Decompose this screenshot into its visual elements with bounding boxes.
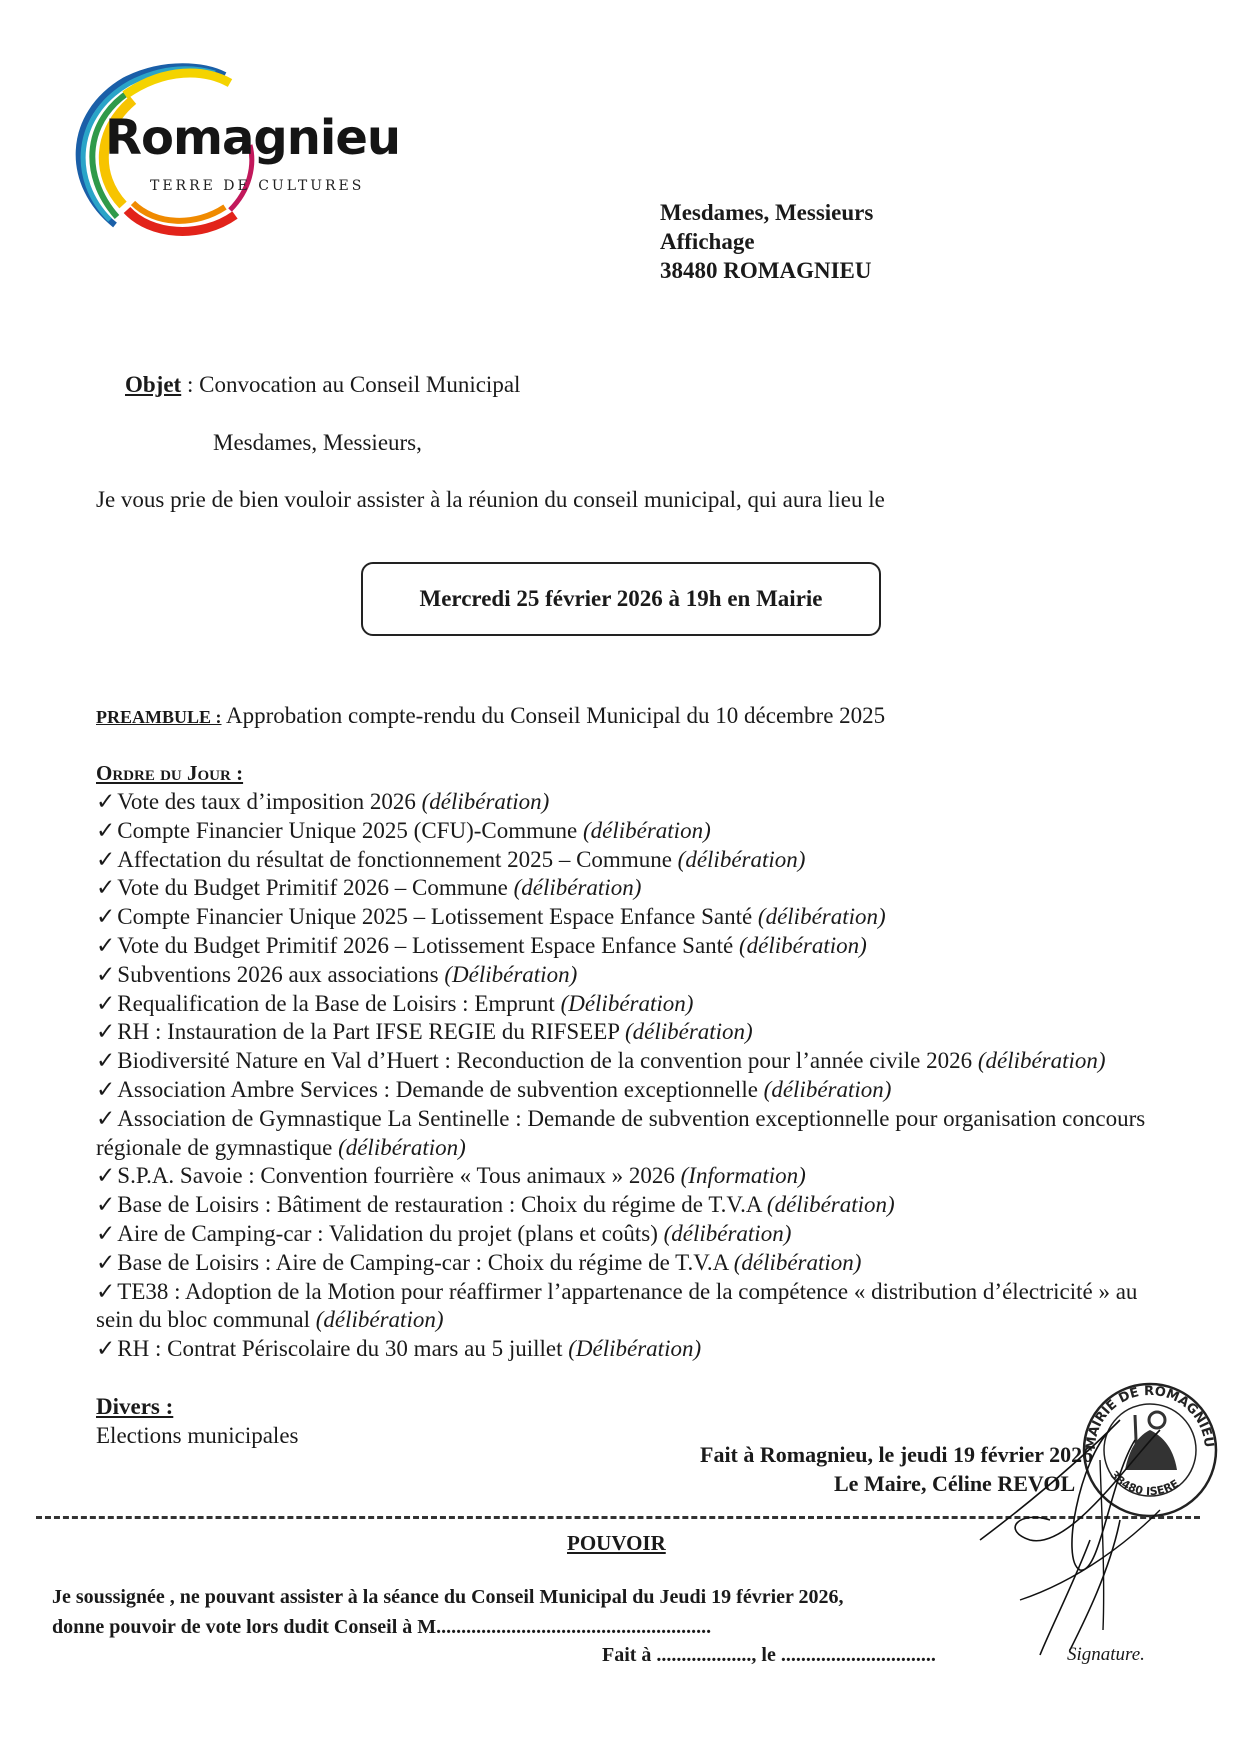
checkmark-icon: ✓ bbox=[96, 1336, 115, 1361]
pouvoir-line-3: Fait à ..................., le .........… bbox=[602, 1644, 936, 1667]
agenda-item: ✓Subventions 2026 aux associations (Déli… bbox=[96, 961, 1146, 990]
agenda-item-text: Subventions 2026 aux associations bbox=[117, 962, 444, 987]
agenda-item: ✓Vote des taux d’imposition 2026 (délibé… bbox=[96, 788, 1146, 817]
agenda-item-text: Aire de Camping-car : Validation du proj… bbox=[117, 1221, 663, 1246]
agenda-item: ✓S.P.A. Savoie : Convention fourrière « … bbox=[96, 1162, 1146, 1191]
agenda-item-text: TE38 : Adoption de la Motion pour réaffi… bbox=[96, 1279, 1137, 1333]
subject-text: Convocation au Conseil Municipal bbox=[199, 372, 520, 397]
agenda-item-text: S.P.A. Savoie : Convention fourrière « T… bbox=[117, 1163, 680, 1188]
agenda-item: ✓RH : Instauration de la Part IFSE REGIE… bbox=[96, 1018, 1146, 1047]
checkmark-icon: ✓ bbox=[96, 962, 115, 987]
address-line-3: 38480 ROMAGNIEU bbox=[660, 256, 873, 285]
agenda-item-text: Requalification de la Base de Loisirs : … bbox=[117, 991, 560, 1016]
agenda-item-text: Vote du Budget Primitif 2026 – Commune bbox=[117, 875, 513, 900]
agenda-item-text: RH : Contrat Périscolaire du 30 mars au … bbox=[117, 1336, 568, 1361]
address-line-2: Affichage bbox=[660, 227, 873, 256]
checkmark-icon: ✓ bbox=[96, 847, 115, 872]
agenda-item-tag: (Information) bbox=[681, 1163, 806, 1188]
checkmark-icon: ✓ bbox=[96, 1019, 115, 1044]
checkmark-icon: ✓ bbox=[96, 1250, 115, 1275]
signature-scribble-icon bbox=[960, 1400, 1200, 1660]
checkmark-icon: ✓ bbox=[96, 1221, 115, 1246]
agenda-item-text: Vote du Budget Primitif 2026 – Lotisseme… bbox=[117, 933, 739, 958]
preambule: PREAMBULE : Approbation compte-rendu du … bbox=[96, 703, 885, 729]
meeting-date: Mercredi 25 février 2026 à 19h en Mairie bbox=[419, 586, 822, 612]
agenda-item: ✓Association Ambre Services : Demande de… bbox=[96, 1076, 1146, 1105]
agenda-item: ✓RH : Contrat Périscolaire du 30 mars au… bbox=[96, 1335, 1146, 1364]
agenda-item-tag: (Délibération) bbox=[561, 991, 694, 1016]
pouvoir-line-1: Je soussignée , ne pouvant assister à la… bbox=[52, 1586, 844, 1609]
logo-tagline: TERRE DE CULTURES bbox=[150, 178, 364, 194]
agenda-item-tag: (délibération) bbox=[514, 875, 642, 900]
agenda-item: ✓Compte Financier Unique 2025 (CFU)-Comm… bbox=[96, 817, 1146, 846]
preambule-text: Approbation compte-rendu du Conseil Muni… bbox=[222, 703, 886, 728]
agenda-item-tag: (délibération) bbox=[678, 847, 806, 872]
agenda-item-tag: (délibération) bbox=[338, 1135, 466, 1160]
signature-label: Signature. bbox=[1067, 1644, 1145, 1666]
preambule-label: PREAMBULE : bbox=[96, 707, 222, 727]
address-line-1: Mesdames, Messieurs bbox=[660, 198, 873, 227]
agenda-item-text: Base de Loisirs : Bâtiment de restaurati… bbox=[117, 1192, 767, 1217]
checkmark-icon: ✓ bbox=[96, 991, 115, 1016]
subject-separator: : bbox=[181, 372, 199, 397]
agenda-item-tag: (délibération) bbox=[422, 789, 550, 814]
agenda-list: ✓Vote des taux d’imposition 2026 (délibé… bbox=[96, 788, 1146, 1364]
romagnieu-logo: Romagnieu TERRE DE CULTURES bbox=[55, 55, 395, 245]
agenda-item-tag: (délibération) bbox=[764, 1077, 892, 1102]
agenda-item: ✓Vote du Budget Primitif 2026 – Commune … bbox=[96, 874, 1146, 903]
meeting-date-box: Mercredi 25 février 2026 à 19h en Mairie bbox=[361, 562, 881, 636]
checkmark-icon: ✓ bbox=[96, 1077, 115, 1102]
agenda-item-tag: (délibération) bbox=[978, 1048, 1106, 1073]
agenda-item-text: Association de Gymnastique La Sentinelle… bbox=[96, 1106, 1145, 1160]
agenda-item: ✓Requalification de la Base de Loisirs :… bbox=[96, 990, 1146, 1019]
checkmark-icon: ✓ bbox=[96, 875, 115, 900]
checkmark-icon: ✓ bbox=[96, 933, 115, 958]
agenda-item: ✓Base de Loisirs : Bâtiment de restaurat… bbox=[96, 1191, 1146, 1220]
agenda-item: ✓TE38 : Adoption de la Motion pour réaff… bbox=[96, 1278, 1146, 1336]
agenda-item-tag: (Délibération) bbox=[568, 1336, 701, 1361]
agenda-item-text: Affectation du résultat de fonctionnemen… bbox=[117, 847, 677, 872]
agenda-item: ✓Association de Gymnastique La Sentinell… bbox=[96, 1105, 1146, 1163]
checkmark-icon: ✓ bbox=[96, 818, 115, 843]
agenda-item-text: Compte Financier Unique 2025 (CFU)-Commu… bbox=[117, 818, 583, 843]
agenda-item-text: Vote des taux d’imposition 2026 bbox=[117, 789, 421, 814]
checkmark-icon: ✓ bbox=[96, 1106, 115, 1131]
agenda-item-tag: (délibération) bbox=[664, 1221, 792, 1246]
agenda-item-text: Base de Loisirs : Aire de Camping-car : … bbox=[117, 1250, 733, 1275]
checkmark-icon: ✓ bbox=[96, 1279, 115, 1304]
agenda-item-text: RH : Instauration de la Part IFSE REGIE … bbox=[117, 1019, 625, 1044]
divers-title: Divers : bbox=[96, 1394, 173, 1420]
agenda-item: ✓Vote du Budget Primitif 2026 – Lotissem… bbox=[96, 932, 1146, 961]
agenda-item: ✓Affectation du résultat de fonctionneme… bbox=[96, 846, 1146, 875]
intro-paragraph: Je vous prie de bien vouloir assister à … bbox=[96, 487, 885, 513]
salutation: Mesdames, Messieurs, bbox=[213, 430, 422, 456]
agenda-item: ✓Aire de Camping-car : Validation du pro… bbox=[96, 1220, 1146, 1249]
agenda-title: Ordre du Jour : bbox=[96, 761, 243, 786]
agenda-item-tag: (délibération) bbox=[758, 904, 886, 929]
checkmark-icon: ✓ bbox=[96, 1192, 115, 1217]
handwritten-signature bbox=[960, 1400, 1200, 1660]
agenda-item-text: Biodiversité Nature en Val d’Huert : Rec… bbox=[117, 1048, 978, 1073]
checkmark-icon: ✓ bbox=[96, 789, 115, 814]
checkmark-icon: ✓ bbox=[96, 1163, 115, 1188]
subject-line: Objet : Convocation au Conseil Municipal bbox=[125, 372, 520, 398]
agenda-item-tag: (délibération) bbox=[767, 1192, 895, 1217]
pouvoir-title: POUVOIR bbox=[567, 1531, 666, 1556]
agenda-item-tag: (délibération) bbox=[583, 818, 711, 843]
checkmark-icon: ✓ bbox=[96, 904, 115, 929]
agenda-item-tag: (délibération) bbox=[316, 1307, 444, 1332]
agenda-item-tag: (délibération) bbox=[734, 1250, 862, 1275]
agenda-item-text: Association Ambre Services : Demande de … bbox=[117, 1077, 763, 1102]
recipient-address: Mesdames, Messieurs Affichage 38480 ROMA… bbox=[660, 198, 873, 285]
agenda-item-tag: (Délibération) bbox=[444, 962, 577, 987]
logo-name: Romagnieu bbox=[105, 110, 400, 166]
pouvoir-line-2: donne pouvoir de vote lors dudit Conseil… bbox=[52, 1616, 711, 1639]
agenda-item-text: Compte Financier Unique 2025 – Lotisseme… bbox=[117, 904, 758, 929]
agenda-item: ✓Base de Loisirs : Aire de Camping-car :… bbox=[96, 1249, 1146, 1278]
agenda-item-tag: (délibération) bbox=[625, 1019, 753, 1044]
agenda-item-tag: (délibération) bbox=[739, 933, 867, 958]
checkmark-icon: ✓ bbox=[96, 1048, 115, 1073]
divers-item: Elections municipales bbox=[96, 1423, 298, 1449]
agenda-item: ✓Compte Financier Unique 2025 – Lotissem… bbox=[96, 903, 1146, 932]
subject-label: Objet bbox=[125, 372, 181, 397]
agenda-item: ✓Biodiversité Nature en Val d’Huert : Re… bbox=[96, 1047, 1146, 1076]
